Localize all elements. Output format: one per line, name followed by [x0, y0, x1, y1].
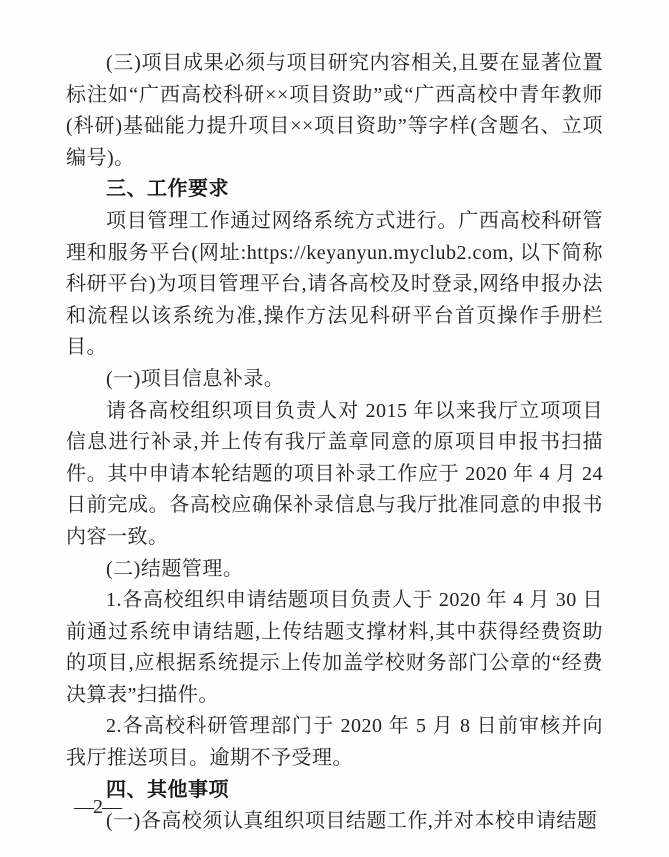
paragraph-project-results-requirement: (三)项目成果必须与项目研究内容相关,且要在显著位置标注如“广西高校科研××项目…: [66, 48, 603, 174]
page-number: —2—: [74, 796, 121, 819]
paragraph-info-supplement-detail: 请各高校组织项目负责人对 2015 年以来我厅立项项目信息进行补录,并上传有我厅…: [66, 396, 603, 554]
paragraph-other-matters-item-1: (一)各高校须认真组织项目结题工作,并对本校申请结题: [66, 806, 603, 838]
section-heading-work-requirements: 三、工作要求: [66, 174, 603, 206]
paragraph-conclusion-step-1: 1.各高校组织申请结题项目负责人于 2020 年 4 月 30 日前通过系统申请…: [66, 585, 603, 711]
section-heading-other-matters: 四、其他事项: [66, 775, 603, 807]
paragraph-subheading-conclusion-management: (二)结题管理。: [66, 554, 603, 586]
paragraph-platform-description: 项目管理工作通过网络系统方式进行。广西高校科研管理和服务平台(网址:https:…: [66, 206, 603, 364]
paragraph-subheading-info-supplement: (一)项目信息补录。: [66, 364, 603, 396]
document-content: (三)项目成果必须与项目研究内容相关,且要在显著位置标注如“广西高校科研××项目…: [66, 48, 603, 838]
document-page: (三)项目成果必须与项目研究内容相关,且要在显著位置标注如“广西高校科研××项目…: [0, 0, 669, 857]
paragraph-conclusion-step-2: 2.各高校科研管理部门于 2020 年 5 月 8 日前审核并向我厅推送项目。逾…: [66, 711, 603, 774]
